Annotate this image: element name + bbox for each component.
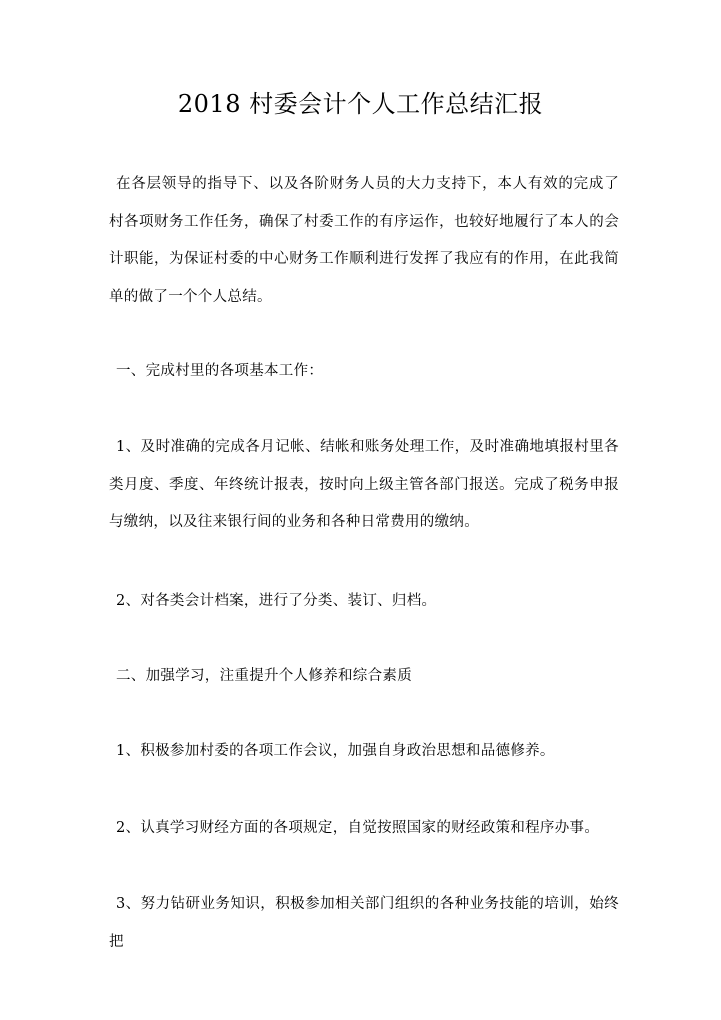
section-1-item-2: 2、对各类会计档案，进行了分类、装订、归档。	[109, 583, 619, 621]
document-title: 2018 村委会计个人工作总结汇报	[0, 86, 721, 122]
section-1-heading: 一、完成村里的各项基本工作：	[109, 353, 619, 391]
section-2-item-1: 1、积极参加村委的各项工作会议，加强自身政治思想和品德修养。	[109, 733, 619, 771]
section-1-item-1: 1、及时准确的完成各月记帐、结帐和账务处理工作，及时准确地填报村里各类月度、季度…	[109, 429, 619, 542]
section-2-item-3: 3、努力钻研业务知识，积极参加相关部门组织的各种业务技能的培训，始终把	[109, 886, 619, 961]
section-2-item-2: 2、认真学习财经方面的各项规定，自觉按照国家的财经政策和程序办事。	[109, 810, 619, 848]
document-page: 2018 村委会计个人工作总结汇报 在各层领导的指导下、以及各阶财务人员的大力支…	[0, 0, 721, 1020]
section-2-heading: 二、加强学习，注重提升个人修养和综合素质	[109, 658, 619, 696]
intro-paragraph: 在各层领导的指导下、以及各阶财务人员的大力支持下，本人有效的完成了村各项财务工作…	[109, 166, 619, 316]
